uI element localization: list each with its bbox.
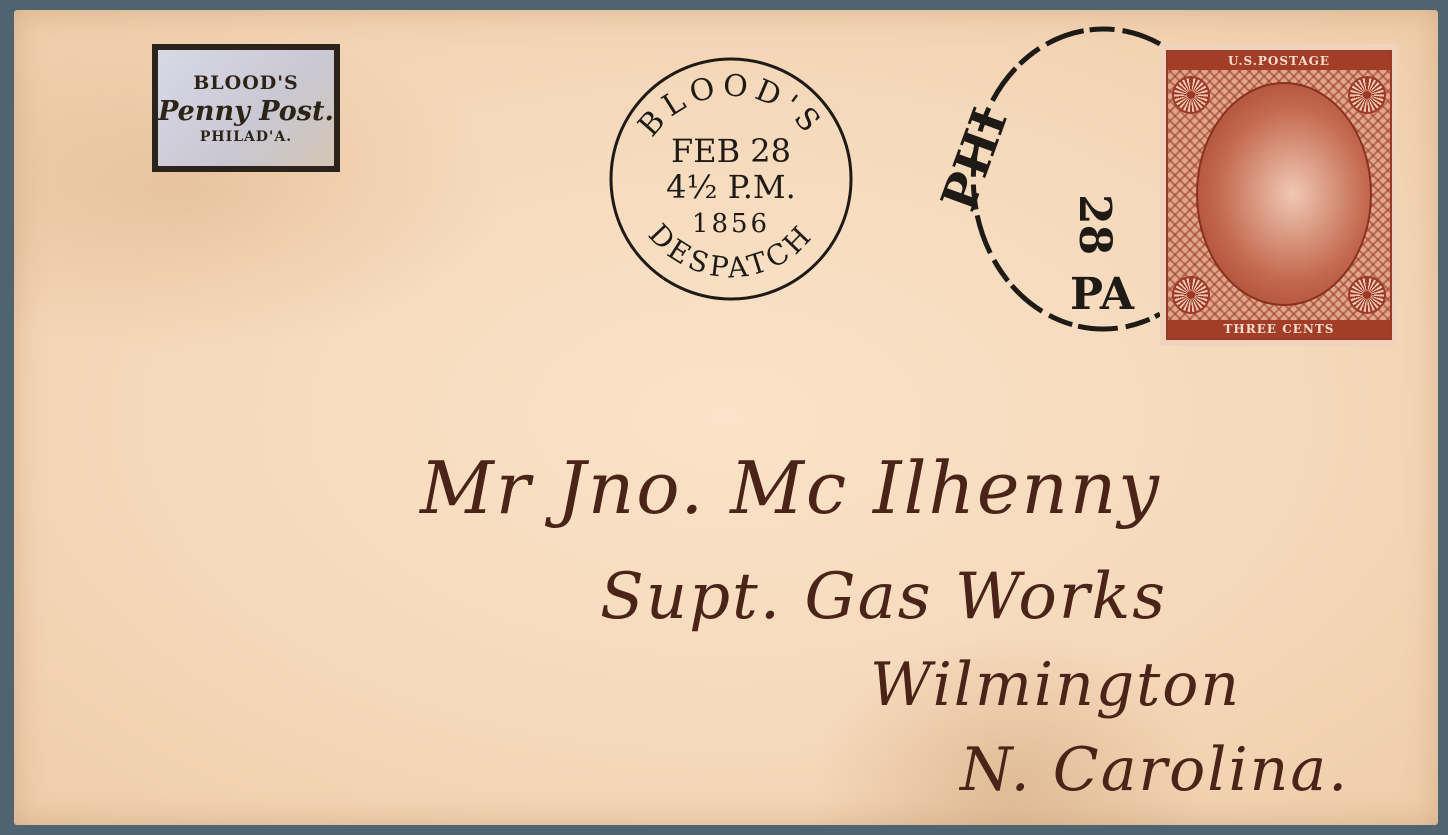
label-line-2: Penny Post. [158, 96, 334, 127]
washington-portrait [1196, 82, 1372, 306]
stamp-bottom-text: THREE CENTS [1168, 320, 1390, 338]
bloods-penny-post-label: BLOOD'S Penny Post. PHILAD'A. [152, 44, 340, 172]
address-line-recipient: Mr Jno. Mc Ilhenny [420, 446, 1161, 530]
postmark-state: PA [1070, 269, 1135, 320]
rosette-icon [1348, 276, 1386, 314]
stamp-top-text: U.S.POSTAGE [1168, 52, 1390, 70]
rosette-icon [1348, 76, 1386, 114]
address-line-city: Wilmington [870, 650, 1241, 720]
despatch-handstamp: BLOOD'S DESPATCH FEB 28 4½ P.M. 1856 [606, 54, 856, 304]
three-cent-stamp: U.S.POSTAGE THREE CENTS [1160, 44, 1398, 346]
philadelphia-postmark: PHI 28 PA [930, 14, 1190, 344]
rosette-icon [1172, 76, 1210, 114]
postmark-day: 28 [1069, 194, 1120, 255]
despatch-time: 4½ P.M. [666, 168, 796, 206]
label-line-3: PHILAD'A. [200, 129, 292, 145]
address-line-title: Supt. Gas Works [600, 560, 1167, 634]
despatch-date: FEB 28 [671, 132, 791, 170]
postmark-town: PHI [931, 101, 1019, 218]
address-line-state: N. Carolina. [960, 735, 1349, 805]
despatch-year: 1856 [692, 209, 770, 239]
label-line-1: BLOOD'S [193, 72, 299, 94]
rosette-icon [1172, 276, 1210, 314]
